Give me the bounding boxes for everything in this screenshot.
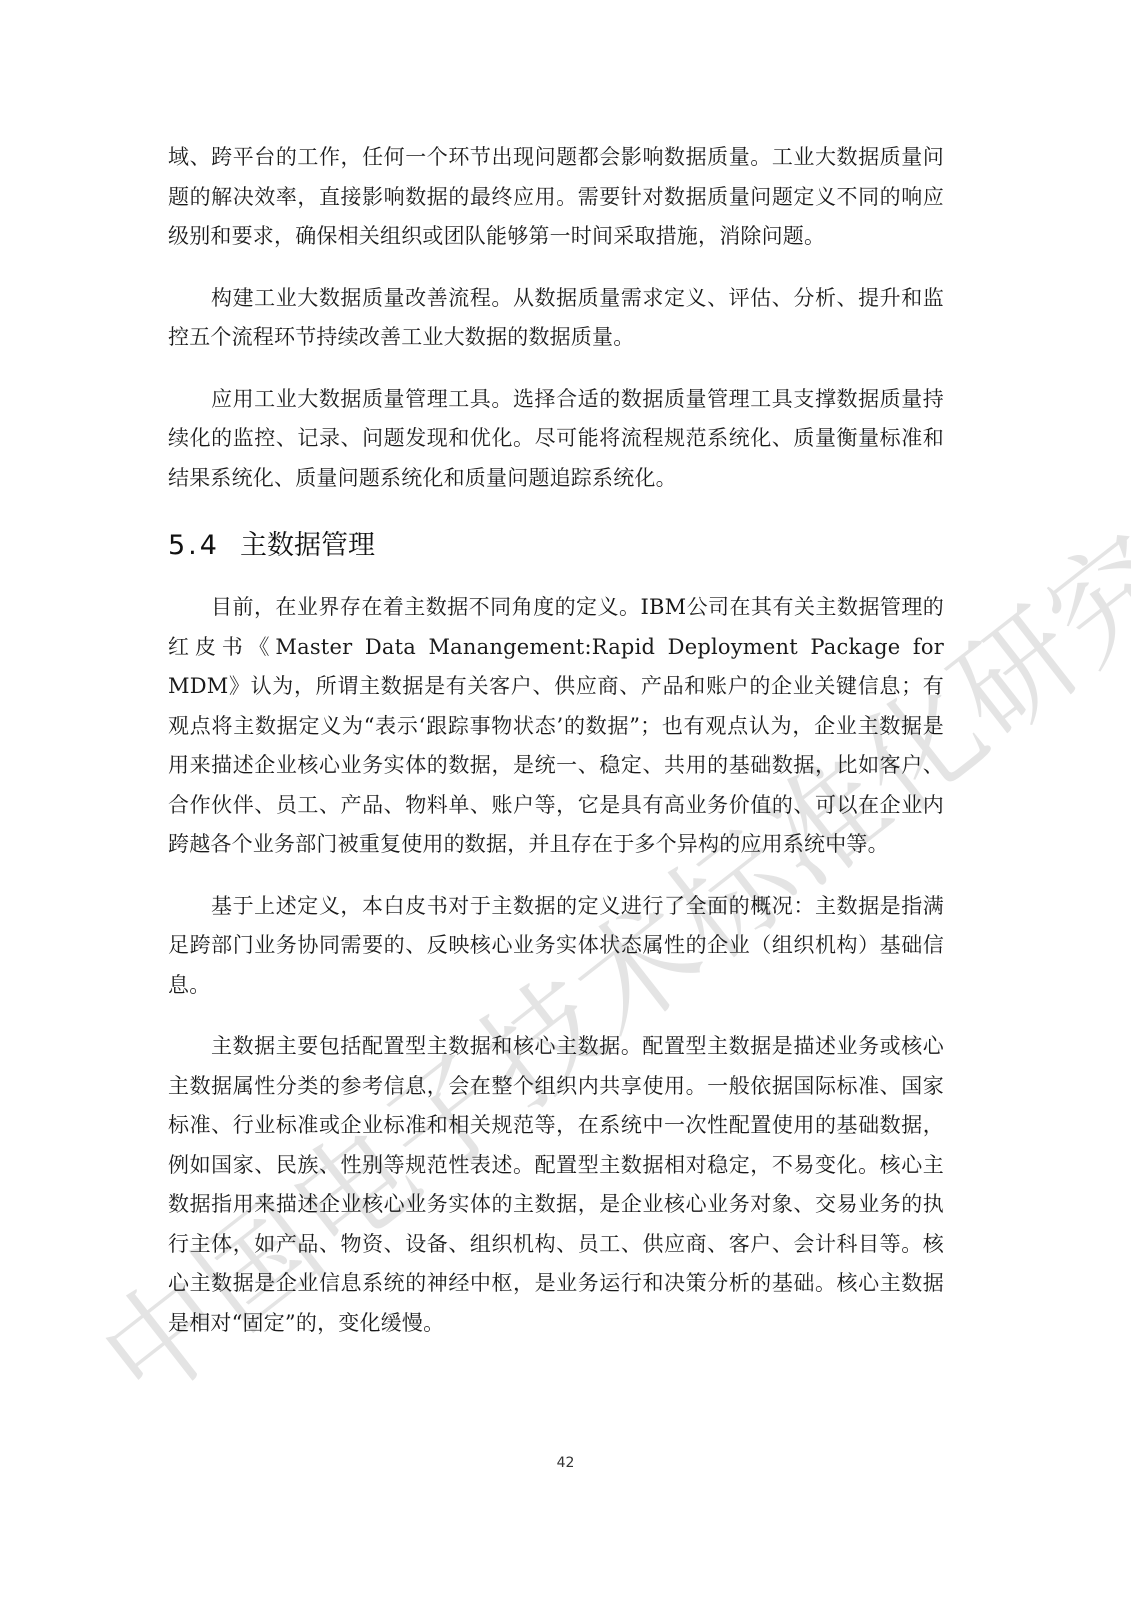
section-title: 主数据管理 [240, 530, 375, 561]
section-heading: 5.4主数据管理 [168, 526, 944, 566]
section-number: 5.4 [168, 526, 220, 566]
page-number: 42 [0, 1455, 1131, 1471]
paragraph-continuation: 域、跨平台的工作，任何一个环节出现问题都会影响数据质量。工业大数据质量问题的解决… [168, 138, 944, 257]
paragraph-whitepaper-definition: 基于上述定义，本白皮书对于主数据的定义进行了全面的概况：主数据是指满足跨部门业务… [168, 887, 944, 1006]
page-content: 域、跨平台的工作，任何一个环节出现问题都会影响数据质量。工业大数据质量问题的解决… [168, 138, 944, 1365]
document-page: 中国电子技术标准化研究院 域、跨平台的工作，任何一个环节出现问题都会影响数据质量… [0, 0, 1131, 1600]
paragraph-master-data-definitions: 目前，在业界存在着主数据不同角度的定义。IBM公司在其有关主数据管理的红皮书《M… [168, 588, 944, 865]
paragraph-quality-improvement-process: 构建工业大数据质量改善流程。从数据质量需求定义、评估、分析、提升和监控五个流程环… [168, 279, 944, 358]
paragraph-quality-management-tools: 应用工业大数据质量管理工具。选择合适的数据质量管理工具支撑数据质量持续化的监控、… [168, 380, 944, 499]
paragraph-master-data-types: 主数据主要包括配置型主数据和核心主数据。配置型主数据是描述业务或核心主数据属性分… [168, 1027, 944, 1343]
